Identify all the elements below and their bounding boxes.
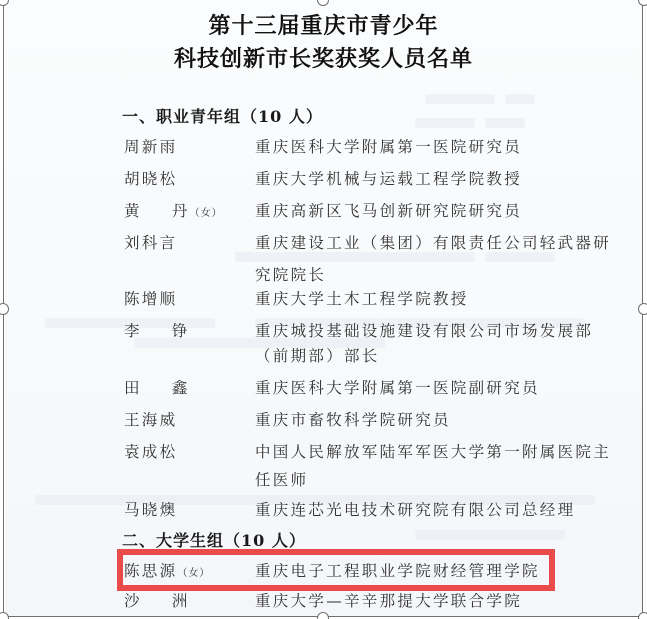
awardee-affiliation: 重庆大学—辛辛那提大学联合学院 xyxy=(255,589,522,611)
list-item: 周新雨 重庆医科大学附属第一医院研究员 xyxy=(0,135,647,159)
gender-note: （女） xyxy=(190,208,223,219)
list-item-continuation: （前期部）部长 xyxy=(0,344,647,368)
awardee-affiliation-cont: （前期部）部长 xyxy=(255,344,380,366)
awardee-name: 李铮 xyxy=(124,319,190,341)
section-heading-professional-youth: 一、职业青年组（10 人） xyxy=(122,104,323,127)
list-item: 陈增顺 重庆大学土木工程学院教授 xyxy=(0,287,647,311)
name-first: 田 xyxy=(124,379,142,397)
resize-handle-bottom-right[interactable] xyxy=(638,612,647,619)
list-item: 刘科言 重庆建设工业（集团）有限责任公司轻武器研 xyxy=(0,231,647,255)
list-item: 黄丹（女） 重庆高新区飞马创新研究院研究员 xyxy=(0,199,647,223)
awardee-affiliation: 重庆连芯光电技术研究院有限公司总经理 xyxy=(255,498,575,520)
awardee-name: 周新雨 xyxy=(124,135,177,157)
awardee-affiliation: 重庆高新区飞马创新研究院研究员 xyxy=(255,199,522,221)
red-highlight-box xyxy=(117,549,555,591)
awardee-affiliation: 重庆大学土木工程学院教授 xyxy=(255,287,469,309)
awardee-affiliation: 重庆医科大学附属第一医院研究员 xyxy=(255,135,522,157)
name-first: 沙 xyxy=(124,592,142,610)
awardee-affiliation: 重庆城投基础设施建设有限公司市场发展部 xyxy=(255,319,593,341)
awardee-name: 王海威 xyxy=(124,408,177,430)
awardee-affiliation: 中国人民解放军陆军军医大学第一附属医院主 xyxy=(255,440,611,462)
list-item: 李铮 重庆城投基础设施建设有限公司市场发展部 xyxy=(0,319,647,343)
awardee-affiliation-cont: 究院院长 xyxy=(255,263,326,285)
awardee-name: 马晓燠 xyxy=(124,498,177,520)
resize-handle-bottom-center[interactable] xyxy=(317,612,329,619)
list-item: 胡晓松 重庆大学机械与运载工程学院教授 xyxy=(0,167,647,191)
list-item-continuation: 任医师 xyxy=(0,468,647,492)
awardee-name: 田鑫 xyxy=(124,376,190,398)
list-item: 马晓燠 重庆连芯光电技术研究院有限公司总经理 xyxy=(0,498,647,522)
awardee-name: 黄丹（女） xyxy=(124,199,223,221)
awardee-name: 胡晓松 xyxy=(124,167,177,189)
name-last: 铮 xyxy=(172,322,190,340)
awardee-name: 袁成松 xyxy=(124,440,177,462)
name-first: 黄 xyxy=(124,202,142,220)
list-item: 王海威 重庆市畜牧科学院研究员 xyxy=(0,408,647,432)
name-last: 丹 xyxy=(172,202,190,220)
name-first: 李 xyxy=(124,322,142,340)
list-item: 田鑫 重庆医科大学附属第一医院副研究员 xyxy=(0,376,647,400)
awardee-affiliation: 重庆市畜牧科学院研究员 xyxy=(255,408,451,430)
list-item-continuation: 究院院长 xyxy=(0,263,647,287)
name-last: 鑫 xyxy=(172,379,190,397)
awardee-affiliation: 重庆医科大学附属第一医院副研究员 xyxy=(255,376,540,398)
document-title-line1: 第十三届重庆市青少年 xyxy=(0,9,647,40)
document-title-line2: 科技创新市长奖获奖人员名单 xyxy=(0,42,647,73)
section-heading-university-students: 二、大学生组（10 人） xyxy=(122,528,306,551)
awardee-name: 沙洲 xyxy=(124,589,190,611)
awardee-affiliation-cont: 任医师 xyxy=(255,468,308,490)
list-item: 袁成松 中国人民解放军陆军军医大学第一附属医院主 xyxy=(0,440,647,464)
awardee-name: 刘科言 xyxy=(124,231,177,253)
awardee-name: 陈增顺 xyxy=(124,287,177,309)
name-last: 洲 xyxy=(172,592,190,610)
awardee-affiliation: 重庆建设工业（集团）有限责任公司轻武器研 xyxy=(255,231,611,253)
awardee-affiliation: 重庆大学机械与运载工程学院教授 xyxy=(255,167,522,189)
list-item: 沙洲 重庆大学—辛辛那提大学联合学院 xyxy=(0,589,647,613)
